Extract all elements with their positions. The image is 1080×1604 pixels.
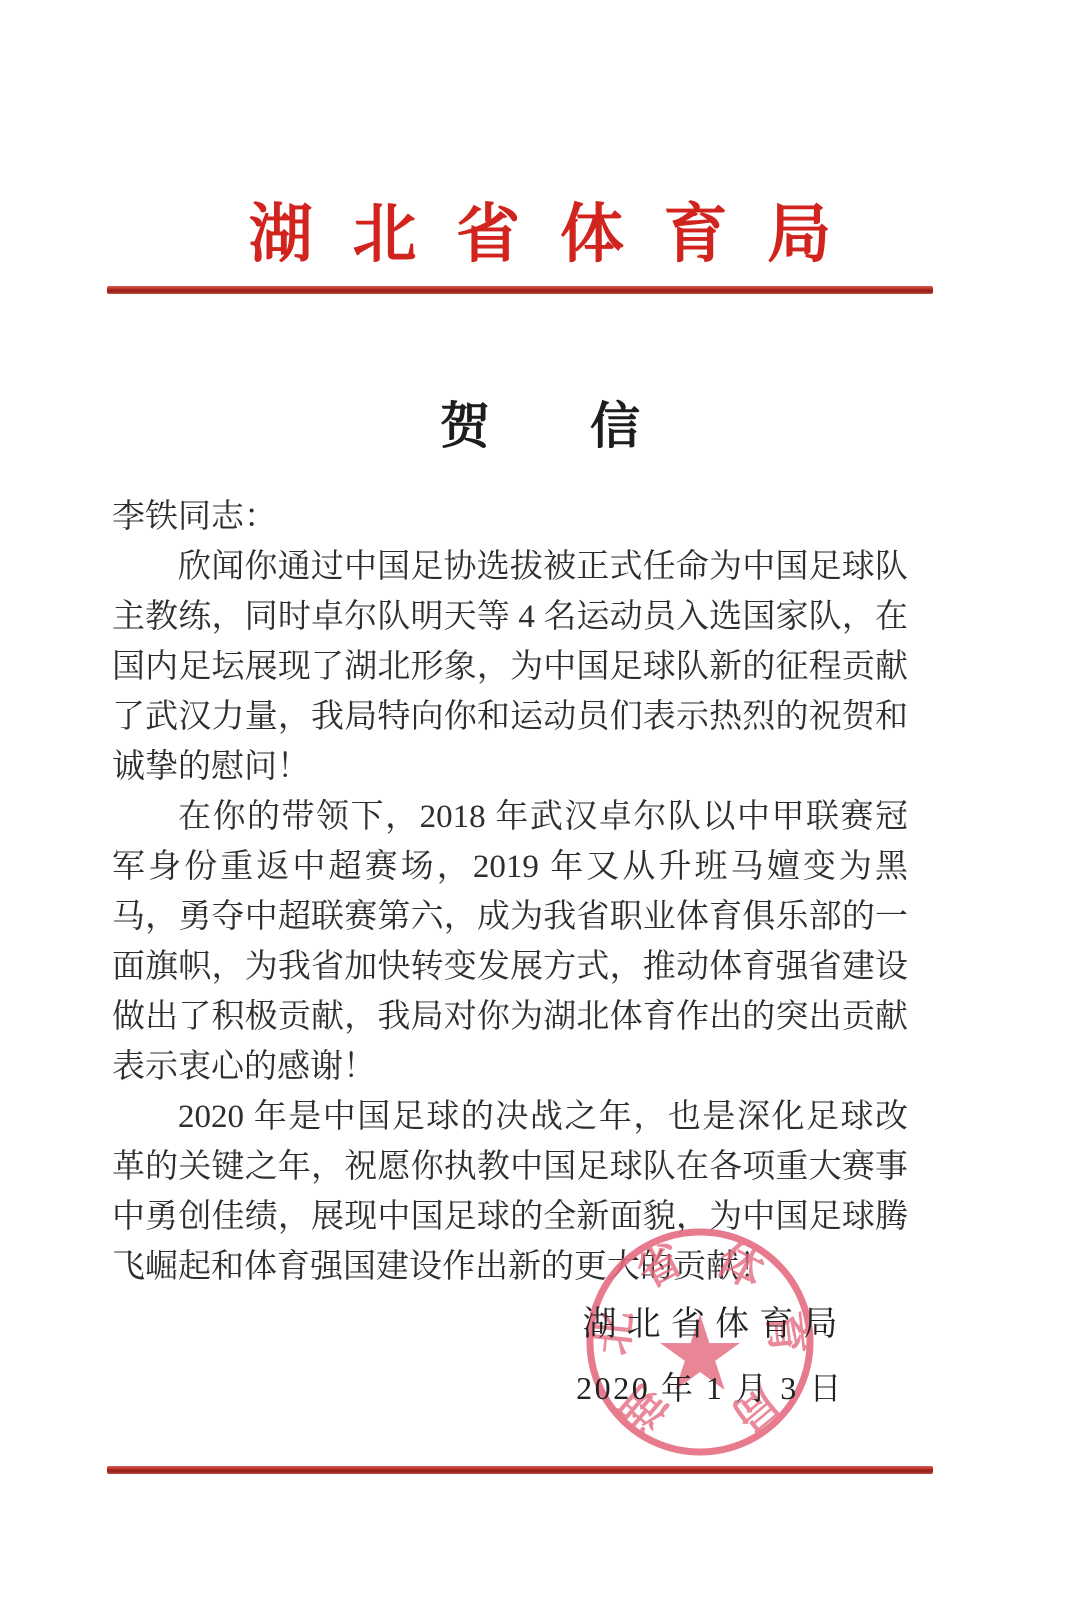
paragraph-2: 在你的带领下，2018 年武汉卓尔队以中甲联赛冠军身份重返中超赛场，2019 年… xyxy=(112,792,908,1092)
letter-title: 贺 信 xyxy=(0,386,1080,458)
letter-page: 湖北省体育局 贺 信 李铁同志： 欣闻你通过中国足协选拔被正式任命为中国足球队主… xyxy=(0,0,1080,1604)
signature-date: 2020 年 1 月 3 日 xyxy=(545,1363,875,1409)
letter-body: 李铁同志： 欣闻你通过中国足协选拔被正式任命为中国足球队主教练，同时卓尔队明天等… xyxy=(112,492,908,1292)
footer-divider-rule xyxy=(107,1466,933,1474)
seal-char: 省 xyxy=(629,1234,691,1298)
paragraph-1: 欣闻你通过中国足协选拔被正式任命为中国足球队主教练，同时卓尔队明天等 4 名运动… xyxy=(112,542,908,792)
signature-block: 湖北省体育局 2020 年 1 月 3 日 xyxy=(545,1296,875,1409)
header-divider-rule xyxy=(107,286,933,294)
salutation: 李铁同志： xyxy=(112,492,908,542)
seal-char: 体 xyxy=(709,1234,771,1298)
org-header-title: 湖北省体育局 xyxy=(0,183,1080,275)
signature-org-name: 湖北省体育局 xyxy=(545,1296,875,1345)
